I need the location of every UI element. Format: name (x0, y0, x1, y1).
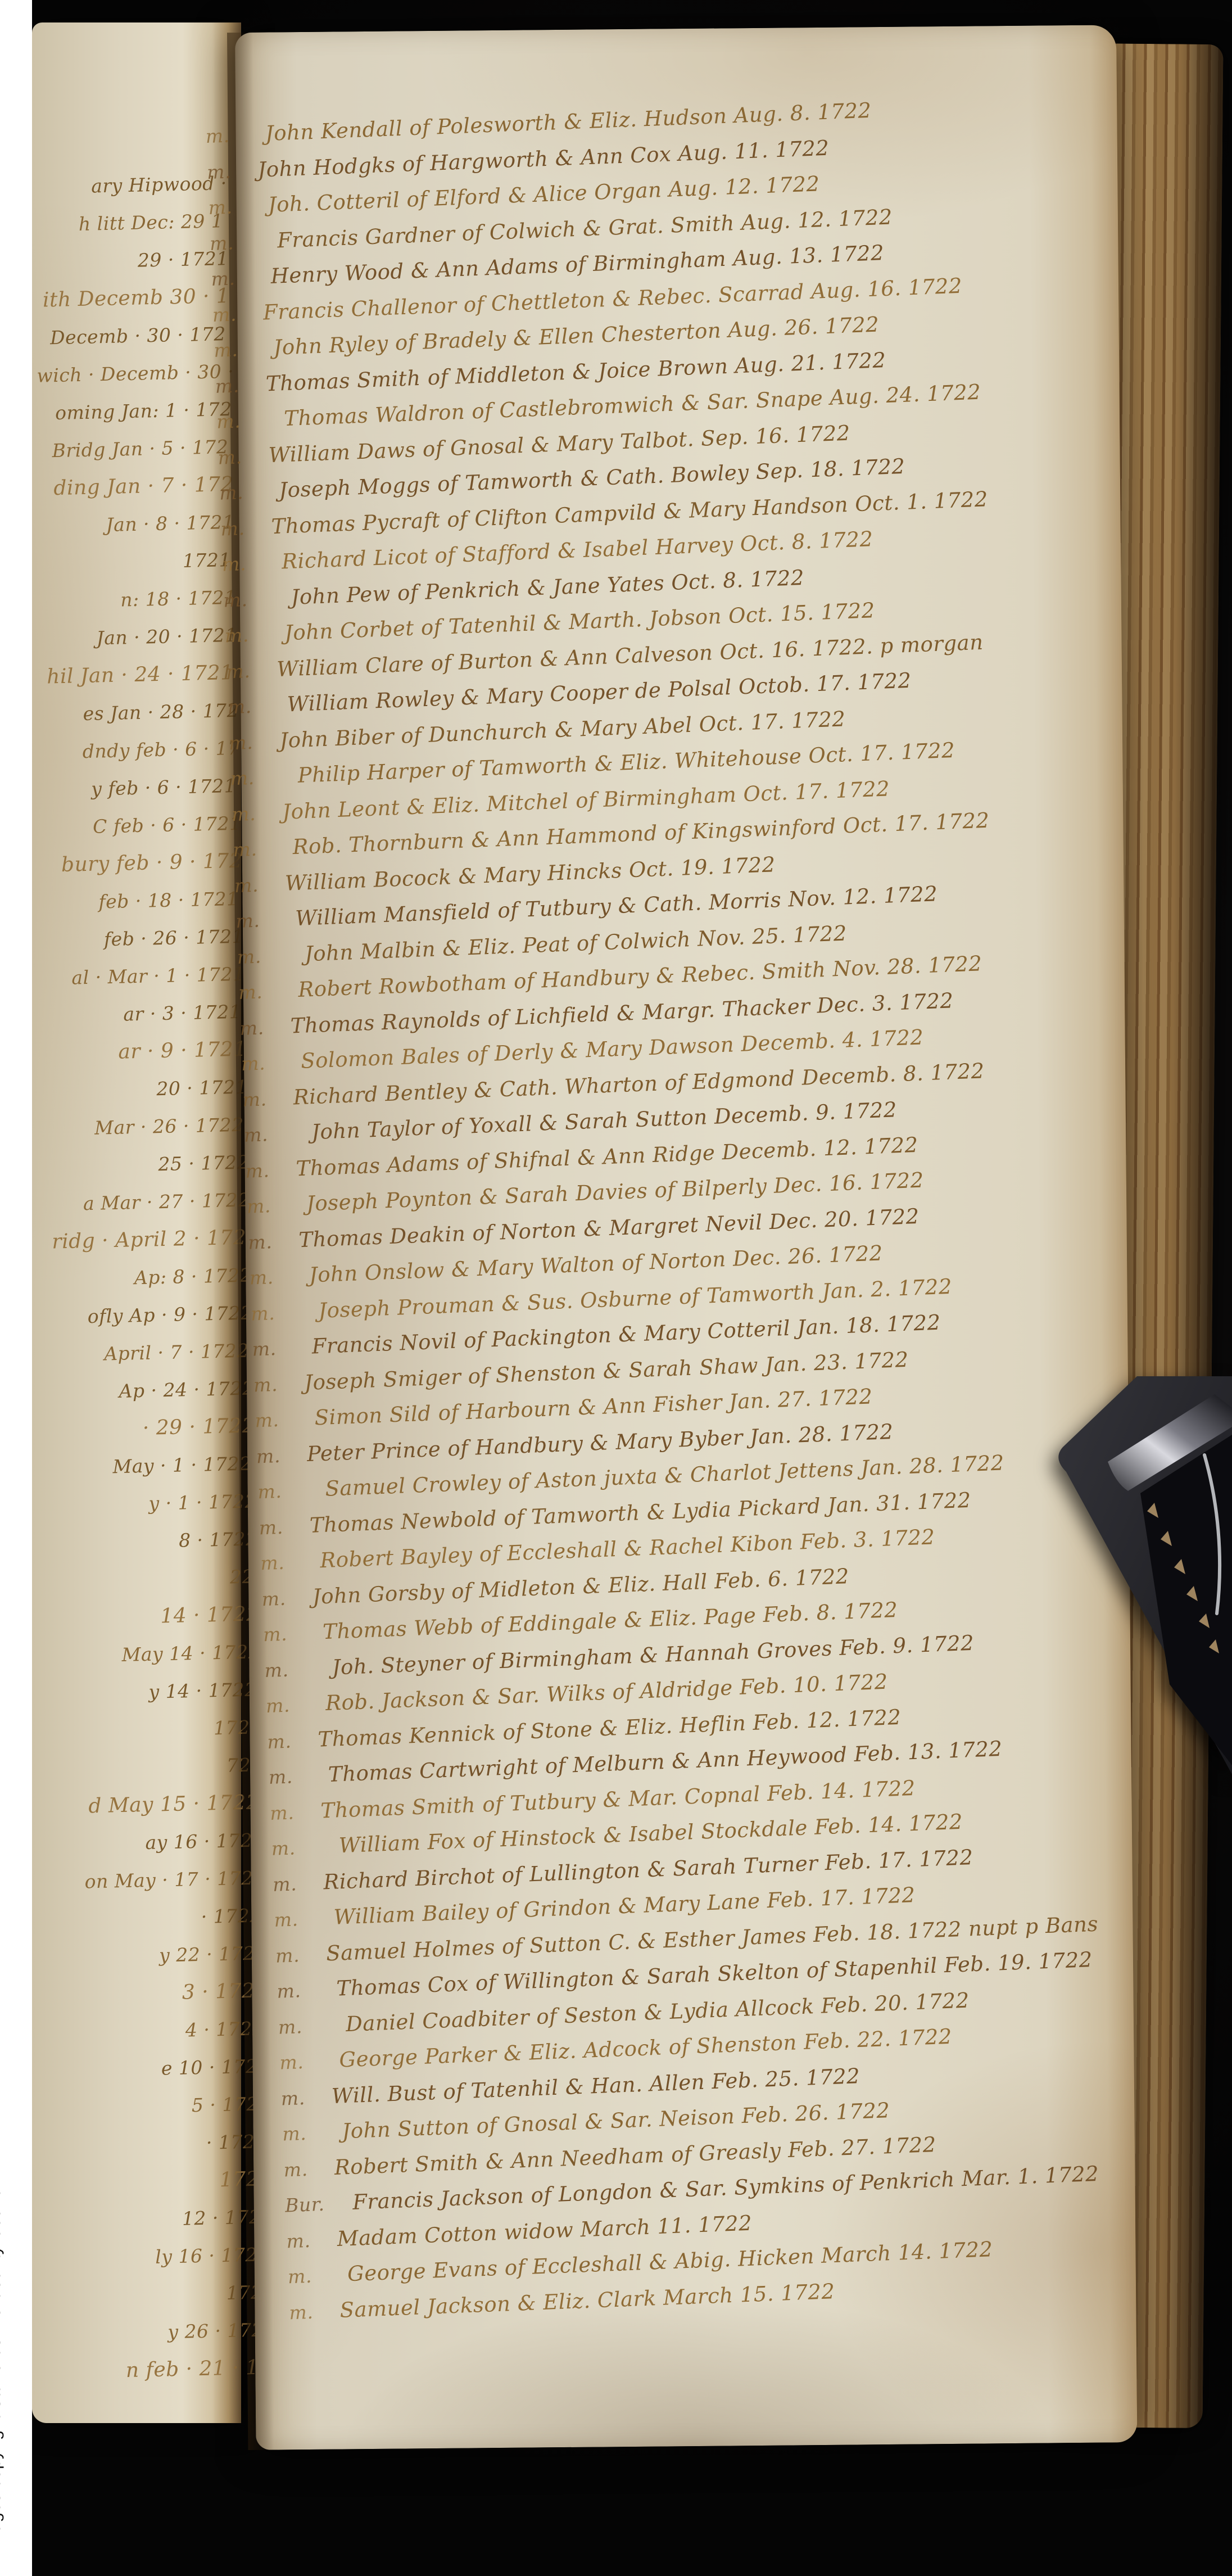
entry-margin-mark: m. (287, 2257, 332, 2294)
register-entries: m. John Kendall of Polesworth & Eliz. Hu… (205, 86, 1125, 2330)
entry-margin-mark: m. (207, 188, 252, 225)
entry-margin-mark: m. (216, 403, 261, 440)
entry-margin-mark: m. (241, 1045, 286, 1082)
left-page-line: y 14 · 1722 (62, 1670, 257, 1712)
left-page-line: May · 1 · 1722 (57, 1445, 252, 1487)
left-page-line-text: · 29 · 1722 (142, 1414, 255, 1440)
left-page-line-text: dndy feb · 6 · 17 (82, 737, 240, 762)
left-page-line: y feb · 6 · 1721 (41, 767, 236, 809)
entry-margin-mark: m. (288, 2293, 333, 2330)
entry-margin-mark: m. (210, 260, 255, 297)
left-page-line: ar · 9 · 1721 (52, 1031, 247, 1073)
left-page-line: ding Jan · 7 · 172 (39, 466, 234, 508)
left-page-line: Jan · 20 · 1721 (42, 616, 237, 658)
entry-margin-mark: m. (256, 1437, 301, 1474)
left-page-line: Ap: 8 · 1722 (57, 1257, 252, 1299)
left-page-line: C feb · 6 · 1721 (47, 805, 242, 847)
left-page-line: bury feb · 9 · 172 (47, 842, 242, 884)
left-page-line: n: 18 · 1721 (42, 579, 237, 621)
entry-margin-mark: m. (282, 2115, 327, 2152)
entry-margin-mark: m. (219, 474, 264, 511)
left-page-line: 25 · 1722 (55, 1144, 250, 1186)
page-clip (1037, 1372, 1232, 1799)
entry-margin-mark: m. (247, 1223, 292, 1260)
entry-margin-mark: m. (220, 509, 265, 546)
entry-margin-mark: m. (218, 438, 262, 475)
entry-margin-mark: m. (238, 973, 283, 1010)
left-page-line-text: h litt Dec: 29 1 (78, 210, 223, 235)
entry-margin-mark: m. (209, 224, 254, 261)
left-page-line-text: Bridg Jan · 5 · 172 (52, 436, 229, 462)
left-page-line: oming Jan: 1 · 172 (37, 390, 232, 432)
left-page-line-text: 20 · 1721 (156, 1076, 248, 1100)
entry-margin-mark: m. (249, 1259, 294, 1296)
left-page-line: ay 16 · 1722 (70, 1821, 265, 1863)
left-page-line: feb · 26 · 1721 (49, 918, 244, 960)
entry-margin-mark: m. (280, 2079, 325, 2116)
entry-margin-mark: m. (234, 866, 279, 903)
left-page-line: 1722 (78, 2160, 273, 2202)
left-page-line: 5 · 1722 (76, 2085, 271, 2127)
entry-margin-mark: m. (229, 759, 274, 796)
left-page-line: ly 16 · 1722 (75, 2235, 270, 2277)
entry-margin-mark: m. (237, 938, 282, 975)
left-page-line: n feb · 21 · 17 (77, 2348, 272, 2390)
entry-margin-mark: m. (286, 2222, 330, 2259)
left-page-line-text: d May 15 · 1722 (88, 1791, 260, 1818)
entry-margin-mark: m. (239, 1009, 284, 1046)
entry-margin-mark: m. (273, 1901, 318, 1938)
left-page-line-text: hil Jan · 24 · 1721 (47, 661, 234, 689)
left-page-line-text: ofly Ap · 9 · 1722 (87, 1301, 252, 1327)
entry-margin-mark: m. (232, 830, 277, 867)
entry-margin-mark: m. (243, 1116, 288, 1153)
left-page-line: ith Decemb 30 · 1 (35, 277, 230, 319)
entry-margin-mark: m. (206, 153, 251, 190)
left-page-line-text: a Mar · 27 · 1722 (83, 1189, 251, 1215)
copyright-text: © Images copyright Staffordshire County … (0, 2175, 4, 2570)
entry-margin-mark: m. (254, 1402, 299, 1439)
left-page-line-text: C feb · 6 · 1721 (93, 812, 242, 838)
left-page-line: 29 · 1721 (34, 239, 229, 282)
entry-margin-mark: m. (235, 902, 280, 939)
entry-margin-mark: m. (251, 1330, 296, 1367)
left-page-line-text: Jan · 20 · 1721 (96, 624, 237, 649)
entry-margin-mark: m. (275, 1936, 320, 1973)
entry-margin-mark: m. (261, 1580, 306, 1617)
entry-margin-mark: m. (227, 688, 272, 725)
left-page-line-text: bury feb · 9 · 172 (61, 849, 243, 876)
left-page-line: d May 15 · 1722 (64, 1783, 259, 1825)
left-page-line: feb · 18 · 1721 (44, 880, 239, 922)
left-page-line: May 14 · 1722 (65, 1633, 260, 1675)
left-page-line-text: n: 18 · 1721 (120, 586, 237, 611)
left-page-line-text: Ap · 24 · 1722 (119, 1377, 255, 1402)
entry-margin-mark: m. (269, 1794, 314, 1831)
entry-margin-mark: m. (268, 1758, 313, 1795)
left-page-line-text: feb · 26 · 1721 (104, 925, 244, 951)
entry-margin-mark: m. (224, 617, 269, 654)
left-page-line: dndy feb · 6 · 17 (45, 729, 240, 771)
entry-margin-mark: m. (228, 724, 273, 761)
entry-margin-mark: m. (250, 1294, 295, 1331)
entry-margin-mark: m. (279, 2044, 324, 2081)
left-page-line: 722 (68, 1746, 263, 1788)
left-page-line-text: May · 1 · 1722 (112, 1453, 252, 1478)
entry-margin-mark: m. (215, 367, 260, 404)
left-page-line-text: wich · Decemb · 30 · (37, 360, 234, 387)
left-page-line-text: Ap: 8 · 1722 (134, 1264, 252, 1289)
left-page-line-text: y 14 · 1722 (148, 1678, 257, 1702)
copyright-strip: © Images copyright Staffordshire County … (0, 0, 32, 2576)
left-page-line: April · 7 · 1722 (54, 1332, 249, 1374)
left-page-line: y 22 · 1722 (73, 1934, 268, 1976)
left-page-line: 8 · 1722 (63, 1520, 258, 1562)
left-page-line: hil Jan · 24 · 1721 (39, 654, 234, 696)
left-page-line: · 1722 (72, 2122, 267, 2164)
entry-margin-mark: m. (278, 2008, 323, 2045)
entry-margin-mark: m. (265, 1687, 310, 1724)
left-page-line-text: April · 7 · 1722 (104, 1340, 250, 1365)
entry-margin-mark: m. (260, 1544, 305, 1581)
left-page-line-text: Mar · 26 · 1722 (94, 1114, 244, 1139)
entry-margin-mark: m. (264, 1651, 309, 1688)
left-page-line: 1722 (67, 1708, 262, 1750)
left-page-line: al · Mar · 1 · 1721 (50, 955, 245, 997)
entry-margin-mark: m. (225, 652, 270, 689)
entry-margin-mark: m. (283, 2150, 328, 2188)
left-page-line-text: oming Jan: 1 · 172 (55, 398, 233, 424)
left-page-line: Decemb · 30 · 172 (31, 315, 226, 357)
left-page-line-text: Decemb · 30 · 172 (50, 323, 227, 349)
left-page-line: y · 1 · 1722 (62, 1482, 257, 1524)
left-page-edge: ary Hipwood · h litt Dec: 29 1 29 · 1721… (32, 22, 241, 2423)
left-page-line-text: on May · 17 · 1722 (84, 1867, 265, 1892)
left-page-line: Jan · 8 · 1721 (40, 503, 235, 545)
entry-margin-mark: m. (271, 1829, 316, 1867)
entry-margin-mark: m. (205, 117, 250, 154)
left-page-line-text: ith Decemb 30 · 1 (43, 284, 230, 312)
left-page-line: ofly Ap · 9 · 1722 (58, 1294, 253, 1336)
left-page-line: 12 · 1722 (78, 2198, 273, 2240)
entry-margin-mark: m. (221, 545, 266, 582)
left-page-line: · 1722 (67, 1896, 262, 1938)
left-page-line-text: 25 · 1722 (158, 1151, 250, 1176)
entry-margin-mark: m. (246, 1187, 291, 1224)
entry-margin-mark: Bur. (284, 2186, 329, 2223)
register-page: m. John Kendall of Polesworth & Eliz. Hu… (235, 25, 1137, 2450)
left-page-line: e 10 · 1722 (75, 2047, 270, 2089)
entry-margin-mark: m. (231, 795, 276, 832)
entry-margin-mark: m. (253, 1366, 298, 1403)
left-page-line: h litt Dec: 29 1 (29, 202, 224, 244)
left-page-line: Ap · 24 · 1722 (60, 1369, 255, 1411)
left-page-line-text: y feb · 6 · 1721 (91, 775, 237, 800)
entry-margin-mark: m. (276, 1972, 321, 2009)
entry-margin-mark: m. (257, 1472, 302, 1510)
left-page-line-text: ar · 3 · 1721 (123, 1001, 242, 1025)
entry-margin-mark: m. (266, 1723, 311, 1760)
left-page-line-text: es Jan · 28 · 172 (83, 699, 239, 725)
left-page-line-text: May 14 · 1722 (121, 1640, 260, 1666)
left-page-line: Bridg Jan · 5 · 172 (34, 428, 229, 470)
entry-margin-mark: m. (212, 295, 257, 332)
left-page-line: 20 · 1721 (53, 1068, 248, 1110)
entry-margin-mark: m. (223, 581, 268, 618)
left-page-line: 1722 (80, 2273, 275, 2315)
entry-margin-mark: m. (262, 1615, 307, 1652)
entry-margin-mark: m. (213, 331, 258, 368)
left-page-line: ary Hipwood · (32, 164, 227, 206)
left-page-line: Mar · 26 · 1722 (49, 1106, 244, 1148)
entry-margin-mark: m. (242, 1080, 287, 1117)
left-page-line: 3 · 1722 (73, 1972, 268, 2014)
left-page-line: wich · Decemb · 30 · (37, 352, 232, 395)
left-page-line: a Mar · 27 · 1722 (55, 1181, 250, 1223)
left-page-line: es Jan · 28 · 172 (44, 692, 239, 734)
entry-margin-mark: m. (244, 1151, 289, 1188)
left-page-line: ridg · April 2 · 1722 · (52, 1219, 247, 1261)
left-page-line: on May · 17 · 1722 (70, 1859, 265, 1901)
left-page-line-text: al · Mar · 1 · 1721 (71, 963, 245, 989)
left-page-line-text: feb · 18 · 1721 (98, 888, 239, 913)
left-page-line-text: Jan · 8 · 1721 (106, 511, 235, 536)
left-page-line-text: ding Jan · 7 · 172 (53, 473, 234, 500)
left-page-line: 1721 (36, 541, 231, 583)
left-page-line-text: ar · 9 · 1721 (118, 1038, 247, 1064)
left-page-line: · 29 · 1722 (60, 1407, 255, 1449)
entry-margin-mark: m. (259, 1508, 304, 1545)
left-page-line: ar · 3 · 1721 (47, 993, 242, 1035)
left-page-line: 14 · 1722 (65, 1595, 260, 1637)
left-page-line: 22 (59, 1558, 254, 1600)
entry-margin-mark: m. (272, 1865, 317, 1902)
left-page-line: 4 · 1722 (70, 2009, 265, 2051)
photo-canvas: ary Hipwood · h litt Dec: 29 1 29 · 1721… (0, 0, 1232, 2576)
